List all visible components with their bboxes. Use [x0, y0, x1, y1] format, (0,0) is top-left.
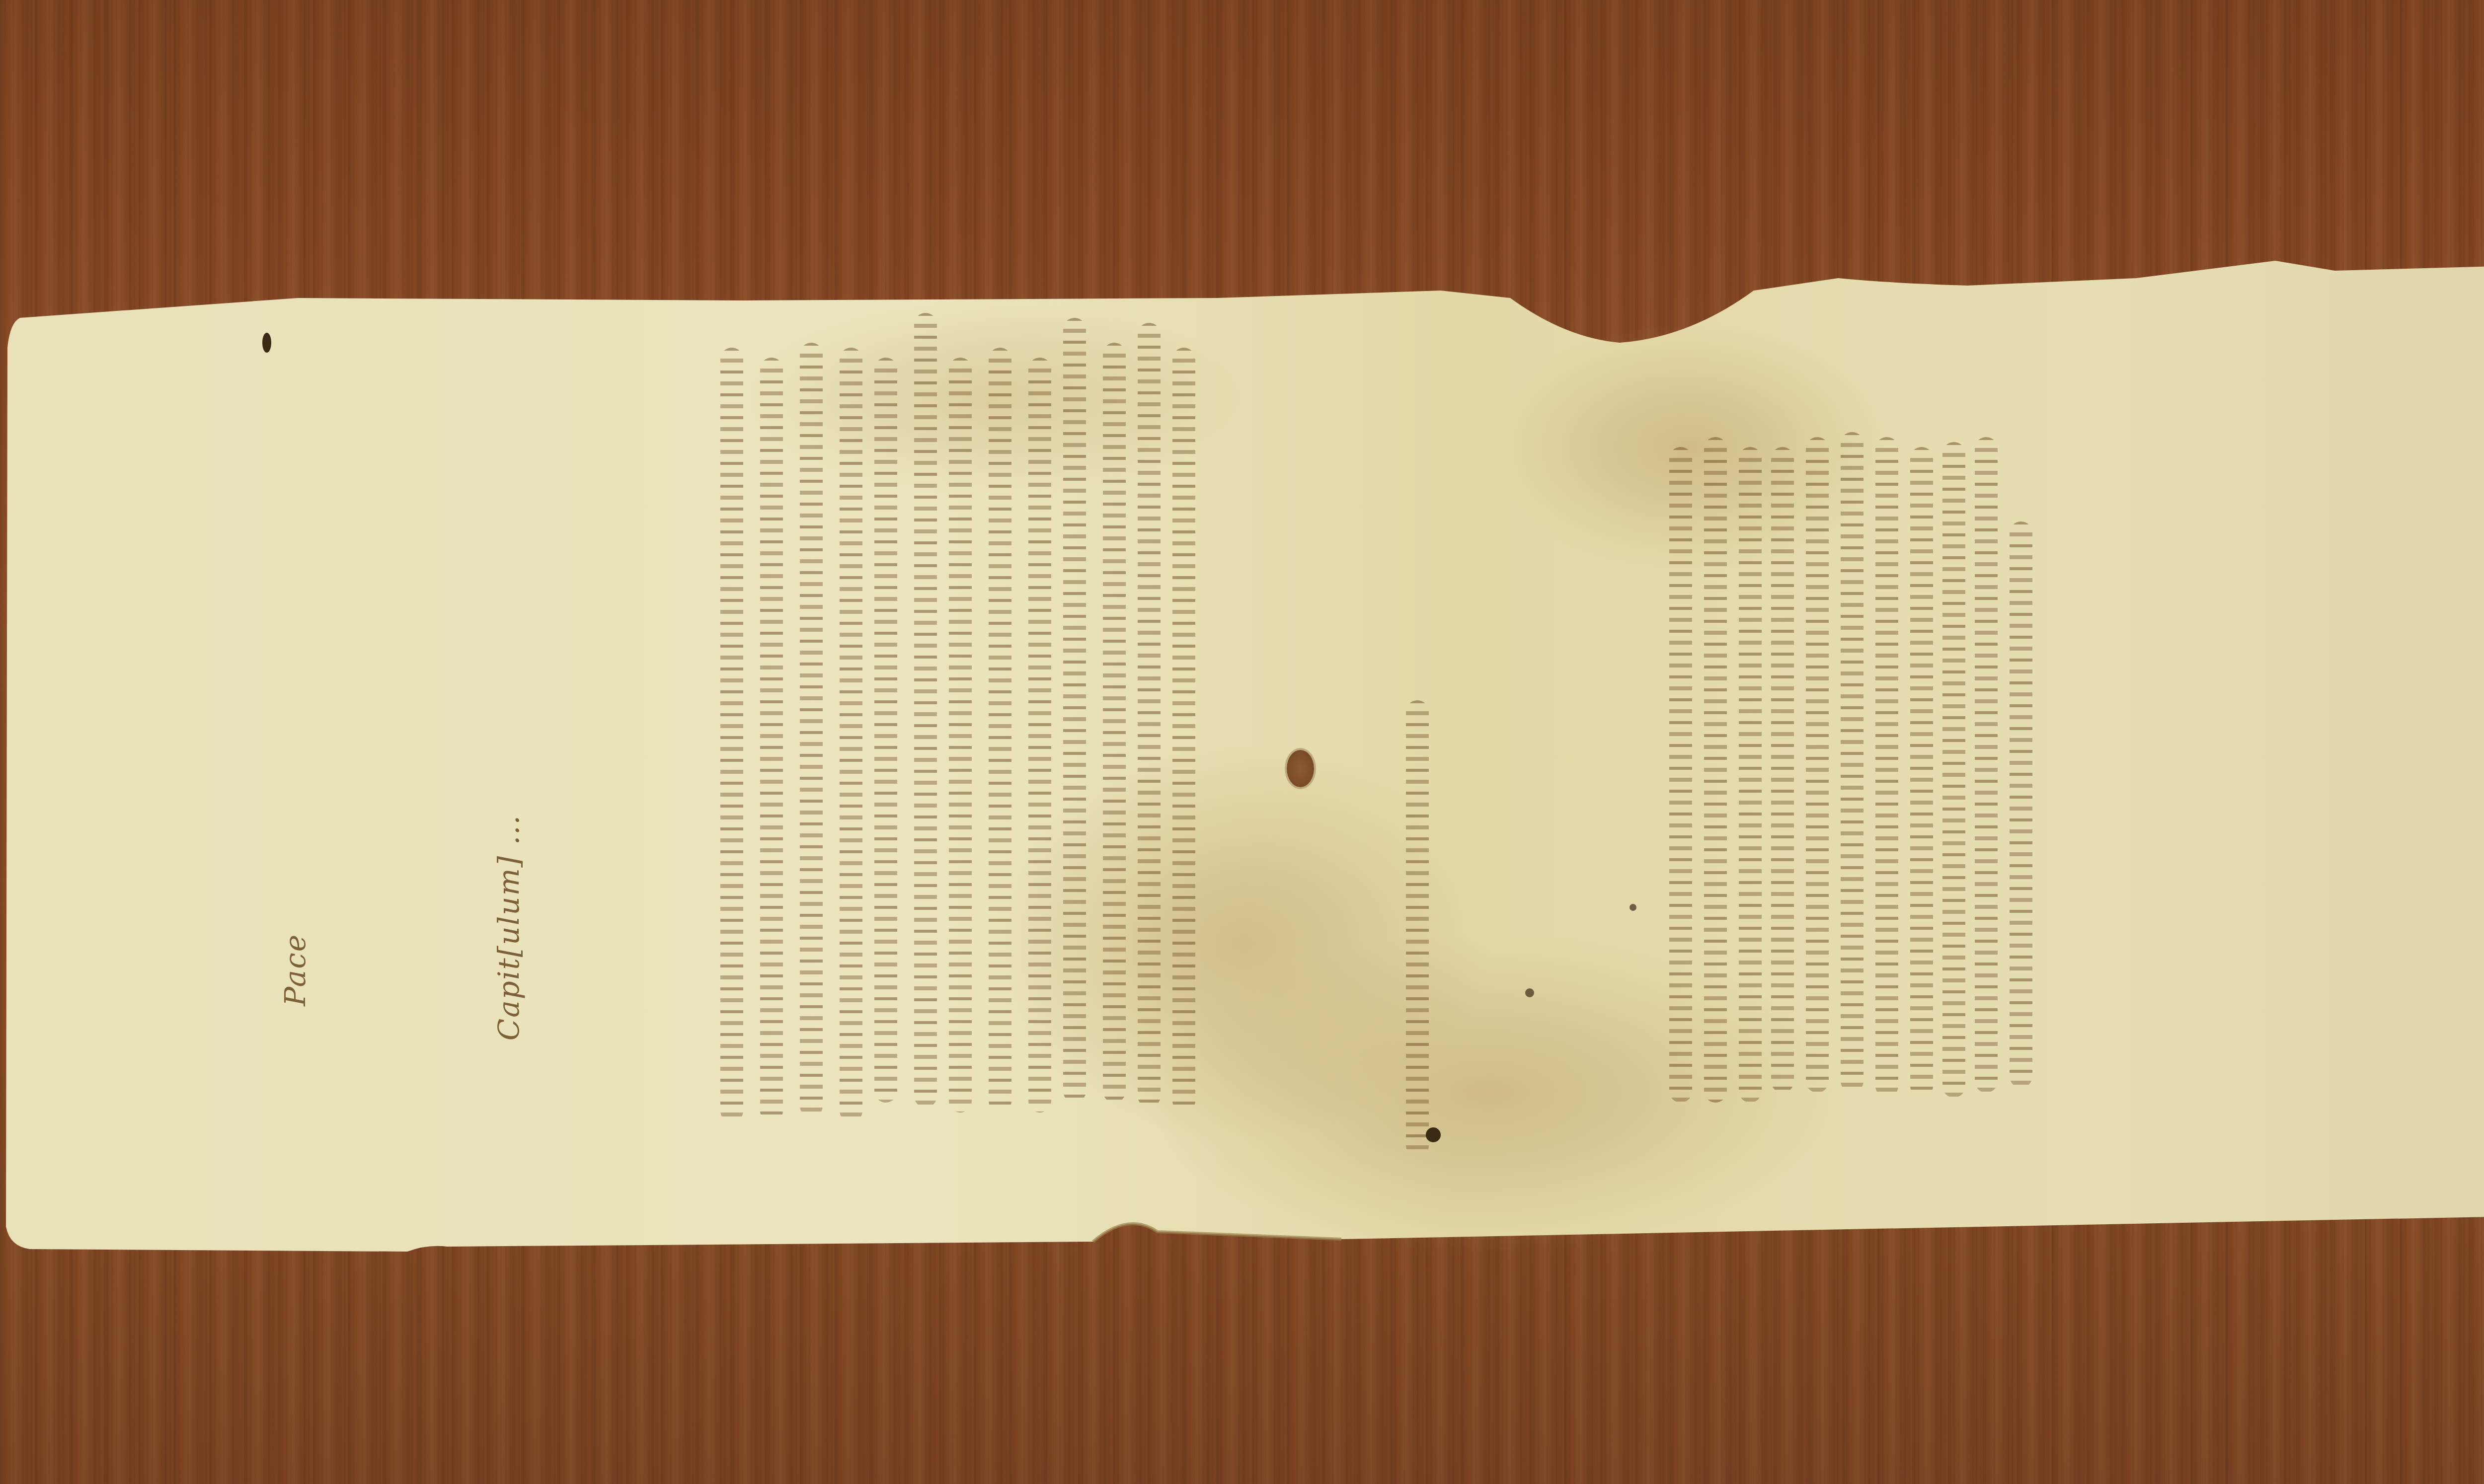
paper-shape: [0, 0, 2484, 1484]
text-line: [1841, 432, 1863, 1093]
text-line: [1771, 447, 1794, 1093]
ink-spot: [1630, 904, 1636, 911]
manuscript-sheet: Pace Capit[ulum] ... 13 11 [illegible sh…: [0, 0, 2484, 1484]
text-line: [1063, 318, 1086, 1103]
text-line: [1028, 358, 1051, 1113]
text-line: [1669, 447, 1692, 1103]
margin-note-1: Pace: [278, 934, 312, 1006]
text-line: [1739, 447, 1762, 1103]
text-line: [1910, 447, 1933, 1098]
ink-mark: [262, 333, 271, 353]
text-line: [989, 348, 1011, 1113]
text-line: [914, 313, 937, 1108]
text-line: [1103, 343, 1126, 1103]
text-line: [1942, 442, 1965, 1098]
ink-spot: [1525, 988, 1534, 997]
text-line: [1138, 323, 1161, 1108]
text-line: [1806, 437, 1829, 1093]
ink-blot: [1426, 1127, 1441, 1142]
text-line: [1704, 437, 1727, 1103]
text-line: [720, 348, 743, 1122]
margin-note-2: Capit[ulum] ...: [492, 815, 526, 1040]
text-line: [800, 343, 823, 1117]
middle-note-line: [1406, 700, 1429, 1157]
text-line: [1875, 437, 1898, 1098]
paper-hole: [1287, 750, 1314, 787]
text-line: [1172, 348, 1195, 1113]
text-line: [840, 348, 862, 1122]
text-line: [874, 358, 897, 1103]
text-line: [2010, 521, 2032, 1088]
text-line: [1975, 437, 1998, 1093]
text-line: [949, 358, 972, 1113]
text-line: [760, 358, 783, 1122]
